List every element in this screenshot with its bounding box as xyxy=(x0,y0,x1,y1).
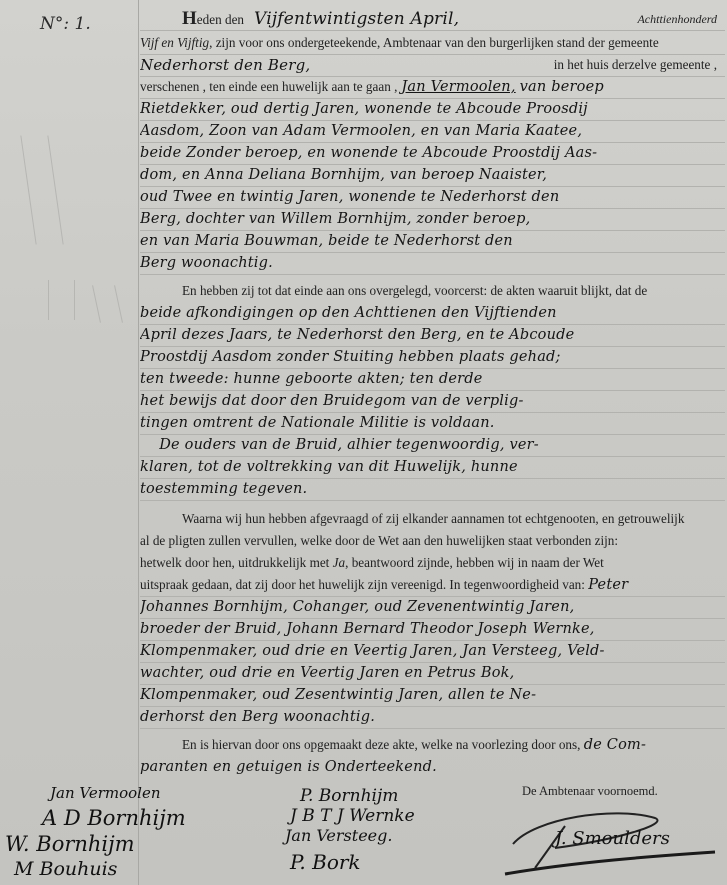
official-signature: J. Smoulders xyxy=(555,828,670,849)
vows-printed-line: al de pligten zullen vervullen, welke do… xyxy=(140,530,725,552)
ja-answer: Ja xyxy=(333,555,345,570)
party-line: Rietdekker, oud dertig Jaren, wonende te… xyxy=(140,98,725,121)
documents-line: April dezes Jaars, te Nederhorst den Ber… xyxy=(140,324,725,347)
documents-line: tingen omtrent de Nationale Militie is v… xyxy=(140,412,725,435)
groom-profession-start: van beroep xyxy=(520,79,604,95)
signature-witness-1: P. Bornhijm xyxy=(300,786,398,806)
civil-marriage-record-page: N°: 1. Heden den Vijfentwintigsten April… xyxy=(0,0,727,885)
party-line: oud Twee en twintig Jaren, wonende te Ne… xyxy=(140,186,725,209)
documents-line: Proostdij Aasdom zonder Stuiting hebben … xyxy=(140,346,725,369)
year-continued: Vijf en Vijftig xyxy=(140,35,209,50)
vows-printed-line: hetwelk door hen, uitdrukkelijk met Ja, … xyxy=(140,552,725,574)
intro-printed-4: verschenen , ten einde een huwelijk aan … xyxy=(140,79,397,94)
signature-bride-father: W. Bornhijm xyxy=(5,832,135,856)
documents-line: het bewijs dat door den Bruidegom van de… xyxy=(140,390,725,413)
signature-witness-2: J B T J Wernke xyxy=(290,806,415,826)
municipality-handwritten: Nederhorst den Berg, xyxy=(140,56,310,74)
party-line: Berg woonachtig. xyxy=(140,252,725,275)
closing-line: En is hiervan door ons opgemaakt deze ak… xyxy=(140,734,725,756)
intro-printed-2: , zijn voor ons ondergeteekende, Ambtena… xyxy=(209,35,659,50)
witness-line: broeder der Bruid, Johann Bernard Theodo… xyxy=(140,618,725,641)
margin-pencil-mark xyxy=(74,280,75,320)
intro-line-4: verschenen , ten einde een huwelijk aan … xyxy=(140,76,725,99)
documents-line: ten tweede: hunne geboorte akten; ten de… xyxy=(140,368,725,391)
signature-witness-4: P. Bork xyxy=(290,850,361,874)
documents-printed-line: En hebben zij tot dat einde aan ons over… xyxy=(140,280,725,302)
printed-heden: eden den xyxy=(197,12,244,27)
witness-line: wachter, oud drie en Veertig Jaren en Pe… xyxy=(140,662,725,685)
vows-printed-text: , beantwoord zijnde, hebben wij in naam … xyxy=(345,555,604,570)
intro-line-1: Heden den Vijfentwintigsten April, Achtt… xyxy=(140,8,725,31)
margin-pencil-mark xyxy=(114,285,123,322)
witness-line: Klompenmaker, oud Zesentwintig Jaren, al… xyxy=(140,684,725,707)
party-line: beide Zonder beroep, en wonende te Abcou… xyxy=(140,142,725,165)
drop-initial: H xyxy=(182,8,197,29)
official-label: De Ambtenaar voornoemd. xyxy=(522,784,658,799)
intro-line-2: Vijf en Vijftig, zijn voor ons ondergete… xyxy=(140,32,725,55)
vows-printed-text: hetwelk door hen, uitdrukkelijk met xyxy=(140,555,329,570)
witness-start: Peter xyxy=(588,577,628,593)
intro-printed-3: in het huis derzelve gemeente , xyxy=(554,54,717,76)
intro-line-3: Nederhorst den Berg, in het huis derzelv… xyxy=(140,54,725,77)
signature-witness-3: Jan Versteeg. xyxy=(285,826,392,845)
margin-pencil-mark xyxy=(92,285,101,322)
closing-printed: En is hiervan door ons opgemaakt deze ak… xyxy=(182,737,580,752)
vows-printed-text: uitspraak gedaan, dat zij door het huwel… xyxy=(140,577,585,592)
vows-printed-line: uitspraak gedaan, dat zij door het huwel… xyxy=(140,574,725,597)
vows-printed-line: Waarna wij hun hebben afgevraagd of zij … xyxy=(140,508,725,530)
margin-pencil-mark xyxy=(47,135,63,244)
signature-groom: Jan Vermoolen xyxy=(50,784,161,802)
documents-line: beide afkondigingen op den Achttienen de… xyxy=(140,302,725,325)
margin-rule xyxy=(138,0,139,885)
date-handwritten: Vijfentwintigsten April, xyxy=(254,9,459,29)
documents-line: klaren, tot de voltrekking van dit Huwel… xyxy=(140,456,725,479)
witness-line: Klompenmaker, oud drie en Veertig Jaren,… xyxy=(140,640,725,663)
groom-name: Jan Vermoolen, xyxy=(401,79,515,95)
witness-line: derhorst den Berg woonachtig. xyxy=(140,706,725,729)
signature-bride-mother: M Bouhuis xyxy=(14,858,117,880)
signature-bride: A D Bornhijm xyxy=(42,806,186,830)
act-number: N°: 1. xyxy=(40,14,91,34)
closing-hand-tail: de Com- xyxy=(584,737,646,753)
party-line: Berg, dochter van Willem Bornhijm, zonde… xyxy=(140,208,725,231)
witness-line: Johannes Bornhijm, Cohanger, oud Zevenen… xyxy=(140,596,725,619)
margin-pencil-mark xyxy=(20,135,36,244)
year-printed: Achttienhonderd xyxy=(637,8,717,30)
margin-pencil-mark xyxy=(48,280,49,320)
party-line: dom, en Anna Deliana Bornhijm, van beroe… xyxy=(140,164,725,187)
party-line: Aasdom, Zoon van Adam Vermoolen, en van … xyxy=(140,120,725,143)
party-line: en van Maria Bouwman, beide te Nederhors… xyxy=(140,230,725,253)
documents-line: toestemming tegeven. xyxy=(140,478,725,501)
closing-hand-line: paranten en getuigen is Onderteekend. xyxy=(140,756,725,778)
documents-line: De ouders van de Bruid, alhier tegenwoor… xyxy=(140,434,725,457)
